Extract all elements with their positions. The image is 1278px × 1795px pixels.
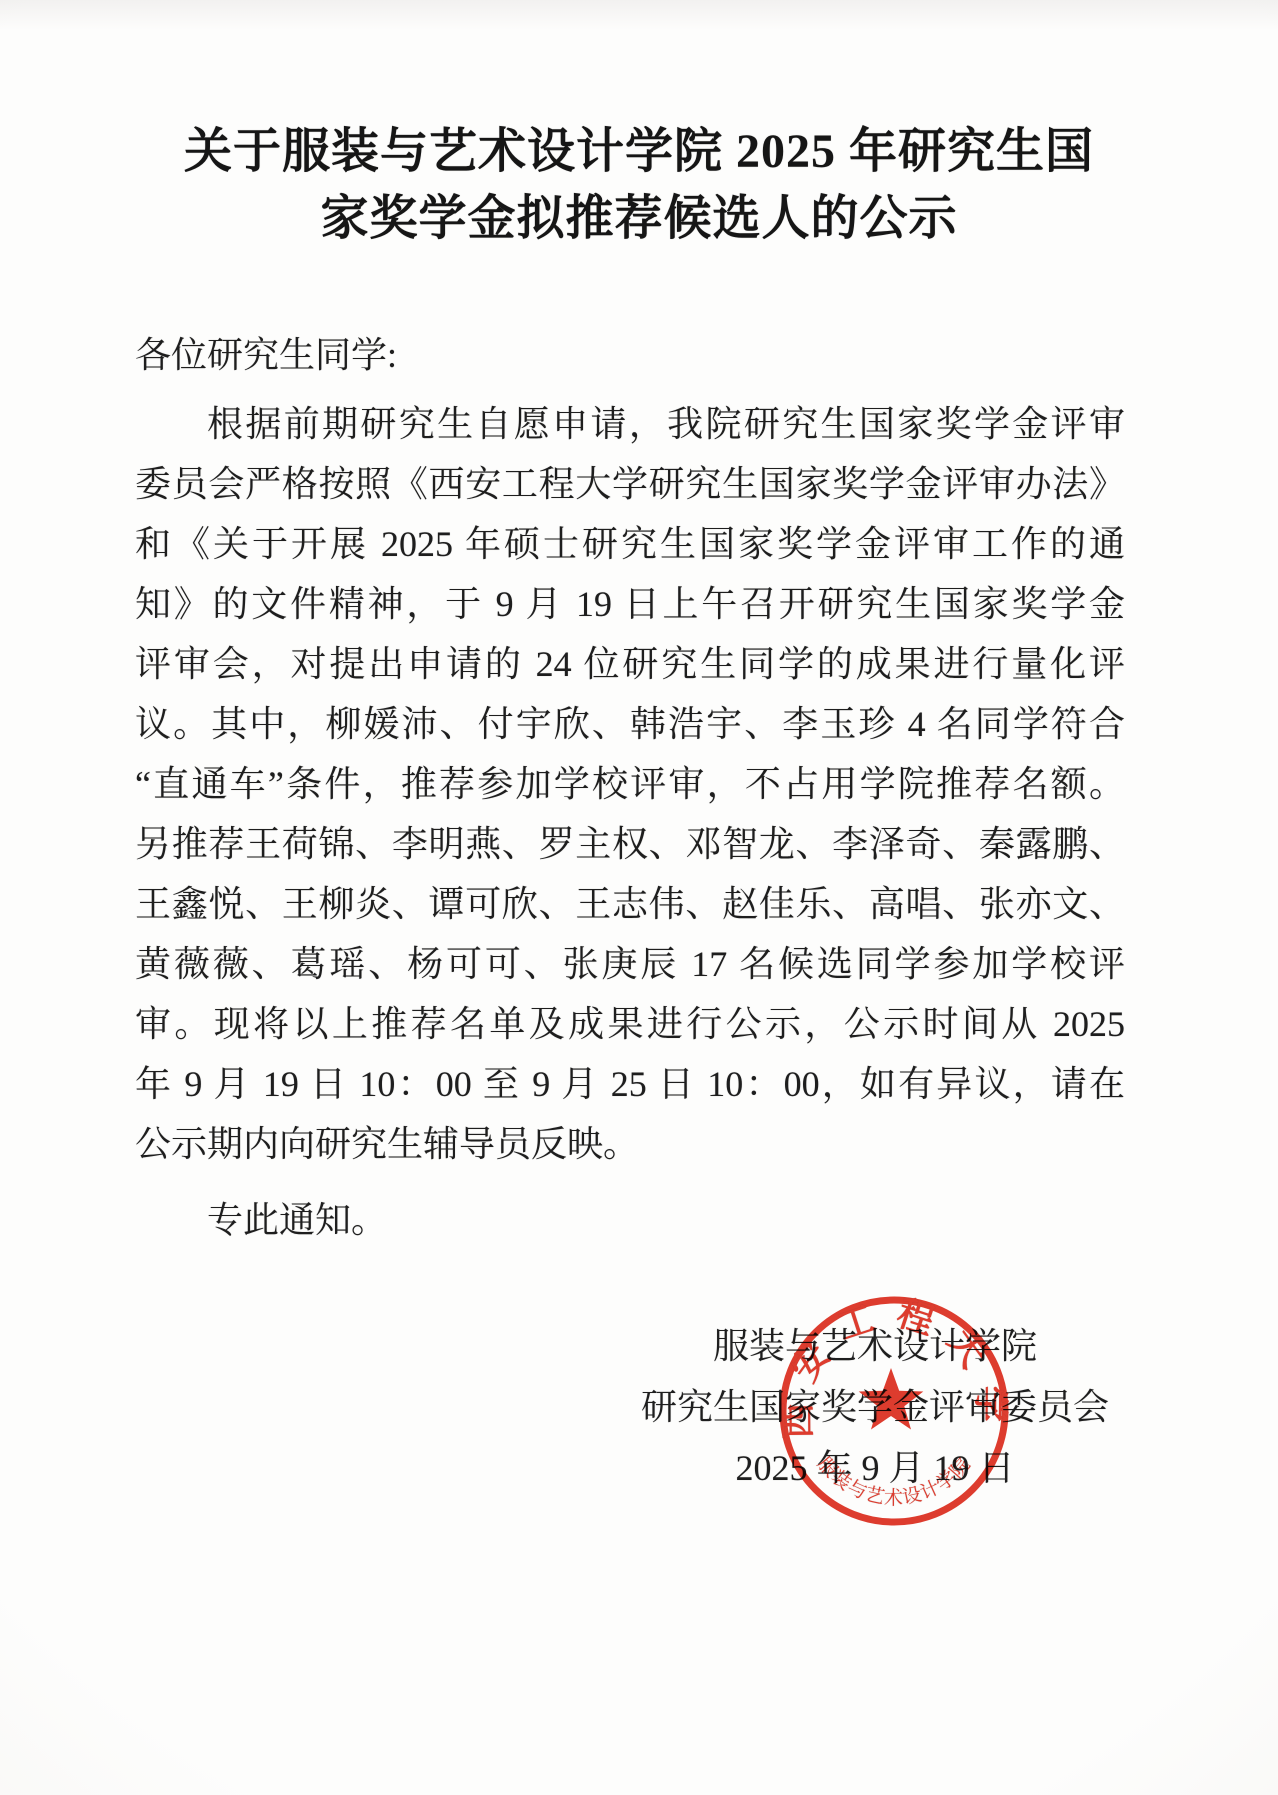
official-seal: 西安工程大学 服装与艺术设计学院 <box>773 1290 1017 1534</box>
body-line: 根据前期研究生自愿申请，我院研究生国家奖学金评审 <box>135 394 1125 454</box>
seal-bottom-arc-text: 服装与艺术设计学院 <box>813 1453 975 1509</box>
page-title-line-1: 关于服装与艺术设计学院 2025 年研究生国 <box>144 118 1134 185</box>
body-line: 公示期内向研究生辅导员反映。 <box>135 1114 1125 1174</box>
closing-note: 专此通知。 <box>207 1190 387 1250</box>
body-line: “直通车”条件，推荐参加学校评审，不占用学院推荐名额。 <box>135 754 1125 814</box>
page-title: 关于服装与艺术设计学院 2025 年研究生国 家奖学金拟推荐候选人的公示 <box>144 118 1134 252</box>
body-line: 年 9 月 19 日 10：00 至 9 月 25 日 10：00，如有异议，请… <box>135 1054 1125 1114</box>
body-line: 黄薇薇、葛瑶、杨可可、张庚辰 17 名候选同学参加学校评 <box>135 934 1125 994</box>
body-line: 另推荐王荷锦、李明燕、罗主权、邓智龙、李泽奇、秦露鹏、 <box>135 814 1125 874</box>
body-paragraph: 根据前期研究生自愿申请，我院研究生国家奖学金评审 委员会严格按照《西安工程大学研… <box>135 394 1125 1174</box>
svg-text:服装与艺术设计学院: 服装与艺术设计学院 <box>813 1453 975 1509</box>
body-line: 知》的文件精神，于 9 月 19 日上午召开研究生国家奖学金 <box>135 574 1125 634</box>
body-line: 议。其中，柳媛沛、付宇欣、韩浩宇、李玉珍 4 名同学符合 <box>135 694 1125 754</box>
body-line: 审。现将以上推荐名单及成果进行公示，公示时间从 2025 <box>135 994 1125 1054</box>
salutation: 各位研究生同学: <box>135 331 1125 379</box>
body-line: 和《关于开展 2025 年硕士研究生国家奖学金评审工作的通 <box>135 514 1125 574</box>
page-title-line-2: 家奖学金拟推荐候选人的公示 <box>144 185 1134 252</box>
body-line: 评审会，对提出申请的 24 位研究生同学的成果进行量化评 <box>135 634 1125 694</box>
star-icon <box>859 1368 924 1430</box>
body-line: 王鑫悦、王柳炎、谭可欣、王志伟、赵佳乐、高唱、张亦文、 <box>135 874 1125 934</box>
announcement-document: 关于服装与艺术设计学院 2025 年研究生国 家奖学金拟推荐候选人的公示 各位研… <box>0 0 1278 1795</box>
body-line: 委员会严格按照《西安工程大学研究生国家奖学金评审办法》 <box>135 454 1125 514</box>
